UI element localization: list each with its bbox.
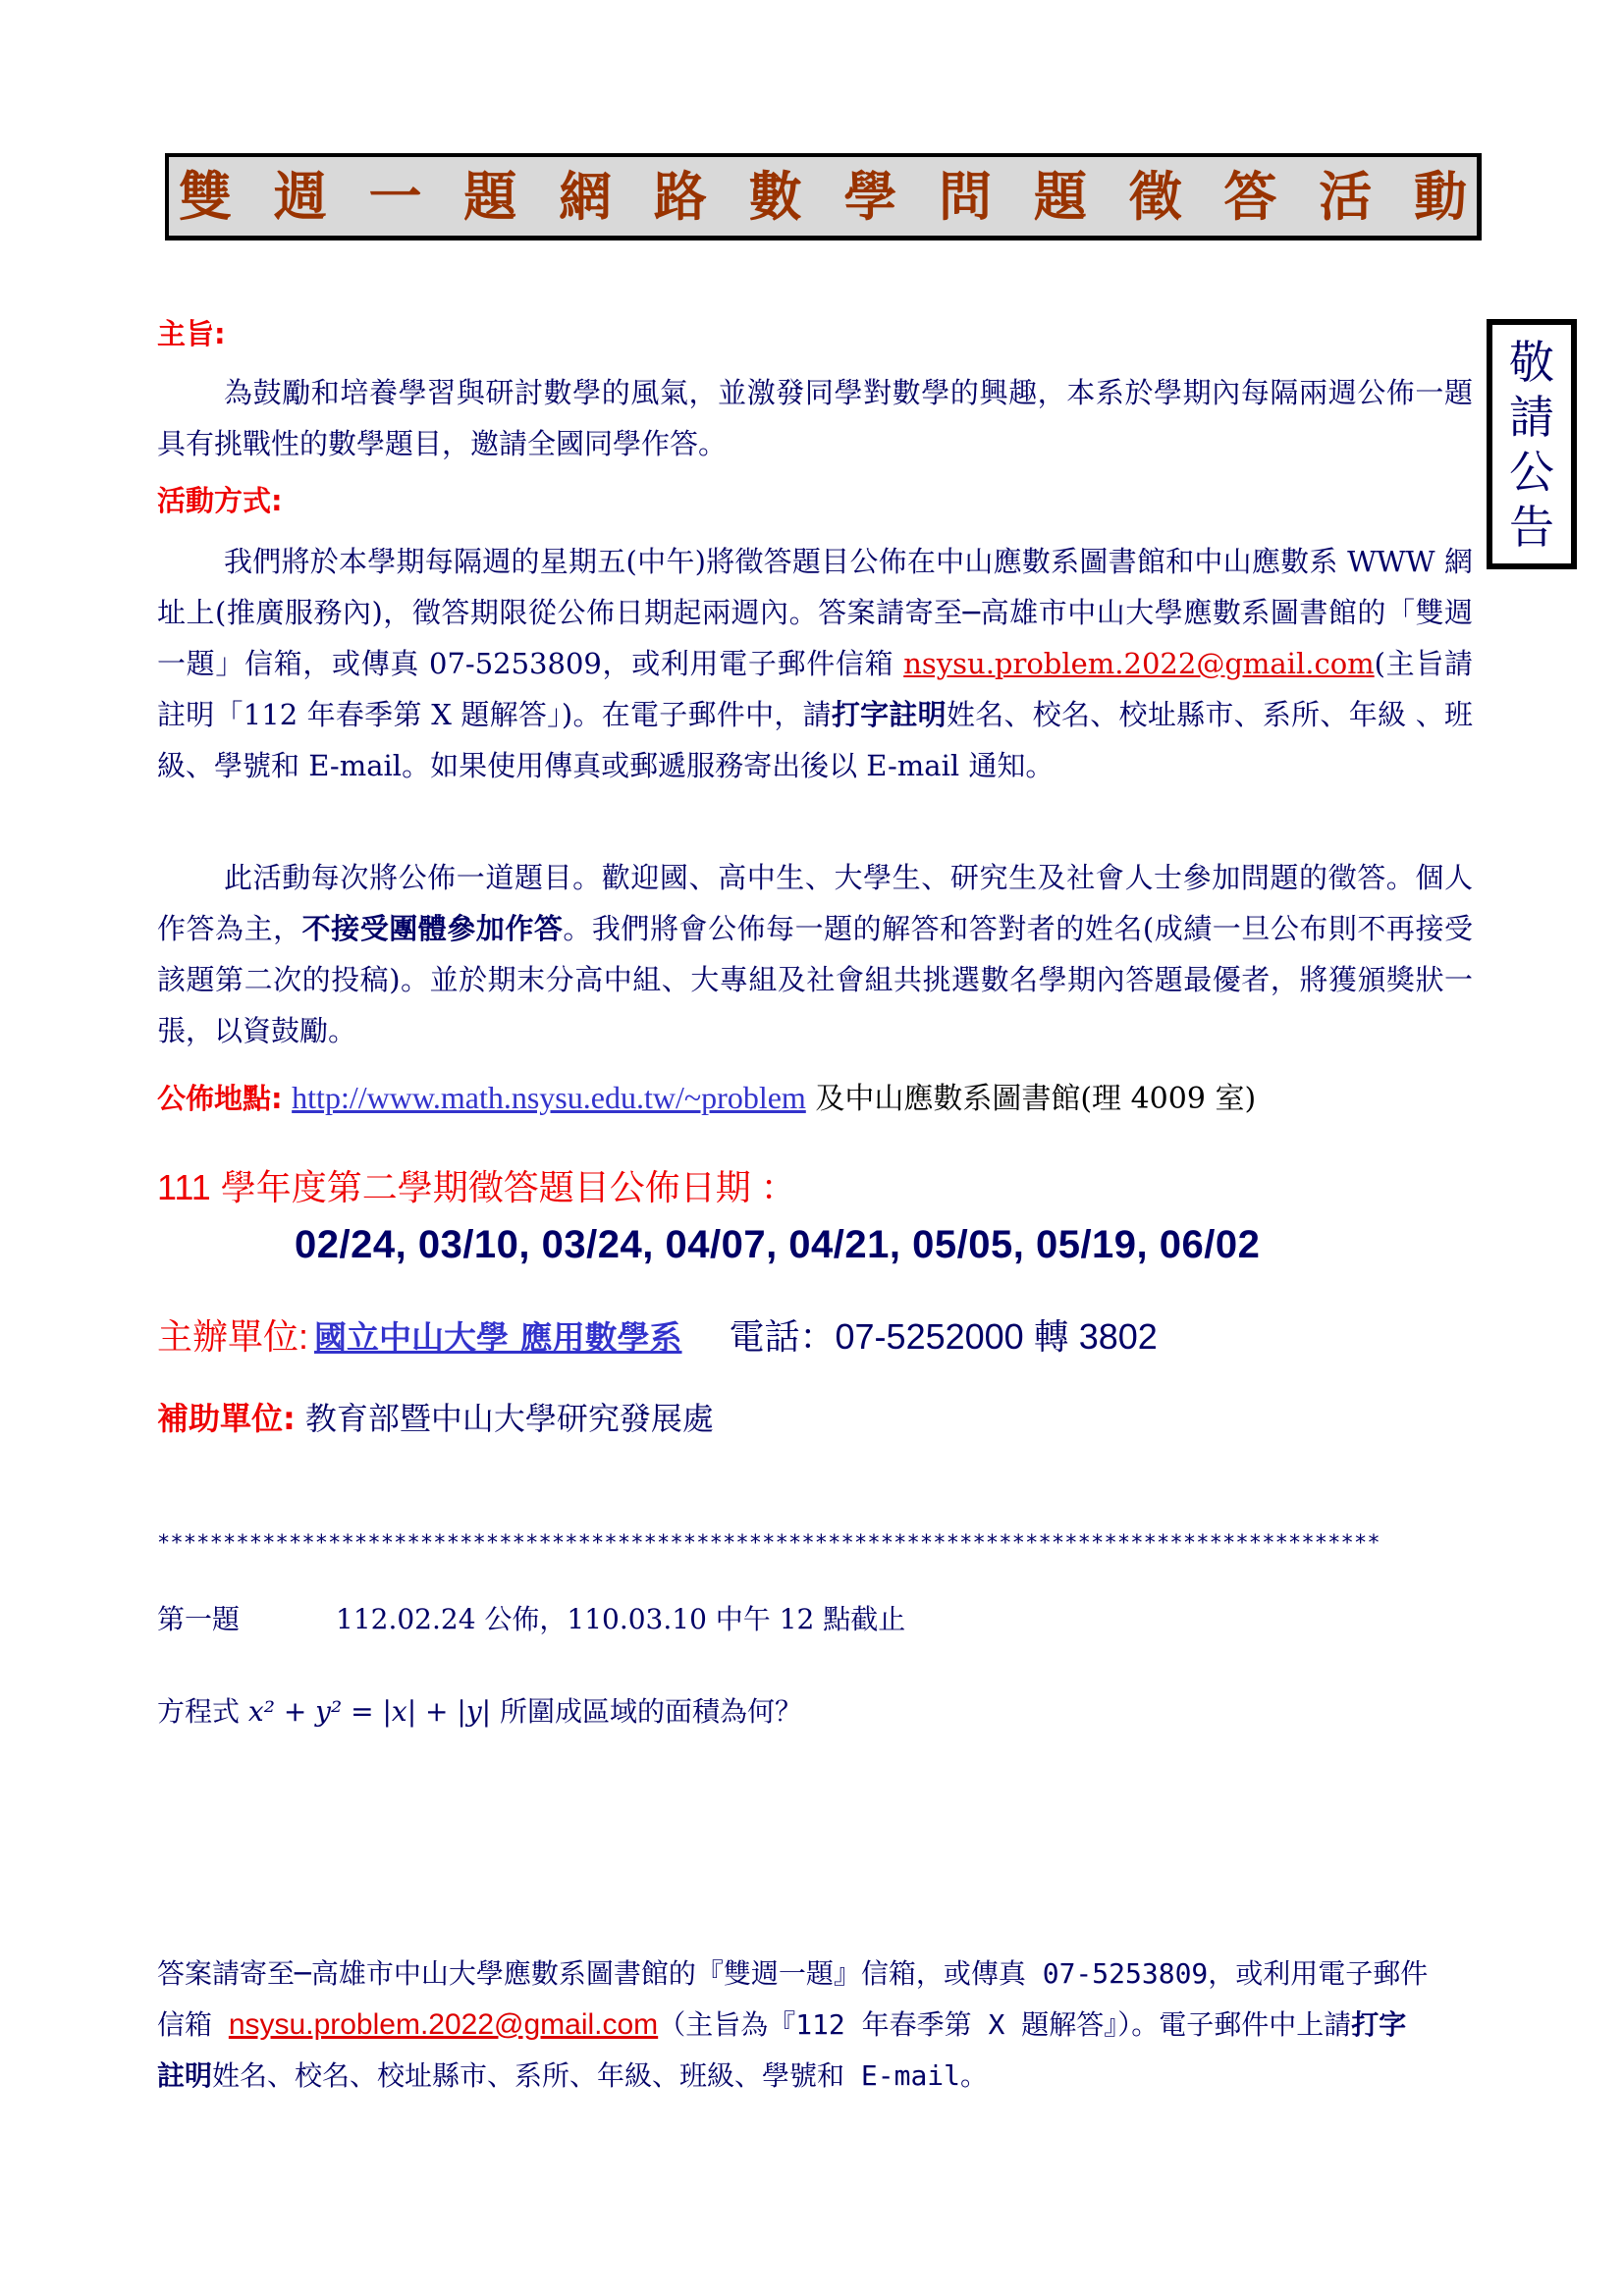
method-heading: 活動方式: bbox=[157, 479, 283, 519]
footer-instructions: 答案請寄至─高雄市中山大學應數系圖書館的『雙週一題』信箱，或傳真 07-5253… bbox=[157, 1949, 1434, 2102]
method-paragraph-1: 我們將於本學期每隔週的星期五(中午)將徵答題目公佈在中山應數系圖書館和中山應數系… bbox=[157, 536, 1473, 791]
title-banner: 雙 週 一 題 網 路 數 學 問 題 徵 答 活 動 bbox=[165, 153, 1482, 240]
footer-text: （主旨為『112 年春季第 X 題解答』）。電子郵件中上請 bbox=[658, 2008, 1351, 2041]
title-char: 網 bbox=[559, 170, 612, 223]
problem-dates: 112.02.24 公佈，110.03.10 中午 12 點截止 bbox=[336, 1598, 905, 1637]
method-bold-text: 打字註明 bbox=[832, 698, 947, 731]
title-char: 活 bbox=[1319, 170, 1372, 223]
organizer-label: 主辦單位: bbox=[157, 1309, 308, 1360]
title-char: 週 bbox=[274, 170, 327, 223]
notice-char: 請 bbox=[1509, 390, 1554, 445]
location-suffix: 及中山應數系圖書館(理 4009 室) bbox=[806, 1082, 1256, 1116]
title-char: 數 bbox=[749, 170, 802, 223]
email-link[interactable]: nsysu.problem.2022@gmail.com bbox=[903, 647, 1374, 680]
schedule-heading: 111 學年度第二學期徵答題目公佈日期 ： bbox=[157, 1160, 796, 1210]
title-char: 題 bbox=[1034, 170, 1087, 223]
problem-suffix: 所圍成區域的面積為何？ bbox=[491, 1695, 802, 1728]
title-char: 答 bbox=[1223, 170, 1276, 223]
separator: ****************************************… bbox=[157, 1531, 1473, 1556]
notice-char: 告 bbox=[1509, 500, 1554, 555]
problem-equation: x² + y² = |x| + |y| bbox=[248, 1695, 491, 1728]
problem-header: 第一題 112.02.24 公佈，110.03.10 中午 12 點截止 bbox=[157, 1598, 905, 1637]
organizer-link[interactable]: 國立中山大學 應用數學系 bbox=[314, 1312, 682, 1359]
title-char: 一 bbox=[369, 170, 422, 223]
footer-text: 姓名、校名、校址縣市、系所、年級、班級、學號和 E-mail。 bbox=[212, 2059, 988, 2092]
problem-prefix: 方程式 bbox=[157, 1695, 248, 1728]
sponsor-row: 補助單位: 教育部暨中山大學研究發展處 bbox=[157, 1394, 714, 1439]
purpose-text: 為鼓勵和培養學習與研討數學的風氣，並激發同學對數學的興趣，本系於學期內每隔兩週公… bbox=[157, 367, 1473, 469]
problem-url-link[interactable]: http://www.math.nsysu.edu.tw/~problem bbox=[292, 1080, 806, 1115]
title-char: 問 bbox=[939, 170, 992, 223]
method-bold-text: 不接受團體參加作答 bbox=[302, 912, 564, 945]
location-heading: 公佈地點: bbox=[157, 1082, 283, 1115]
purpose-heading: 主旨: bbox=[157, 312, 226, 352]
title-char: 雙 bbox=[179, 170, 232, 223]
footer-email-link[interactable]: nsysu.problem.2022@gmail.com bbox=[229, 2008, 658, 2041]
notice-box: 敬 請 公 告 bbox=[1487, 319, 1577, 569]
organizer-row: 主辦單位: 國立中山大學 應用數學系 電話：07-5252000 轉 3802 bbox=[157, 1309, 1158, 1360]
problem-label: 第一題 bbox=[157, 1598, 336, 1637]
title-char: 動 bbox=[1414, 170, 1467, 223]
sponsor-name: 教育部暨中山大學研究發展處 bbox=[305, 1394, 714, 1439]
method-paragraph-2: 此活動每次將公佈一道題目。歡迎國、高中生、大學生、研究生及社會人士參加問題的徵答… bbox=[157, 852, 1473, 1056]
notice-char: 公 bbox=[1509, 445, 1554, 500]
organizer-phone: 電話：07-5252000 轉 3802 bbox=[730, 1309, 1158, 1360]
schedule-dates: 02/24, 03/10, 03/24, 04/07, 04/21, 05/05… bbox=[295, 1223, 1260, 1267]
location-row: 公佈地點: http://www.math.nsysu.edu.tw/~prob… bbox=[157, 1074, 1256, 1117]
title-char: 路 bbox=[654, 170, 707, 223]
notice-char: 敬 bbox=[1509, 335, 1554, 390]
title-char: 徵 bbox=[1129, 170, 1182, 223]
title-char: 學 bbox=[843, 170, 896, 223]
problem-question: 方程式 x² + y² = |x| + |y| 所圍成區域的面積為何？ bbox=[157, 1690, 802, 1730]
sponsor-label: 補助單位: bbox=[157, 1394, 296, 1439]
title-char: 題 bbox=[463, 170, 516, 223]
